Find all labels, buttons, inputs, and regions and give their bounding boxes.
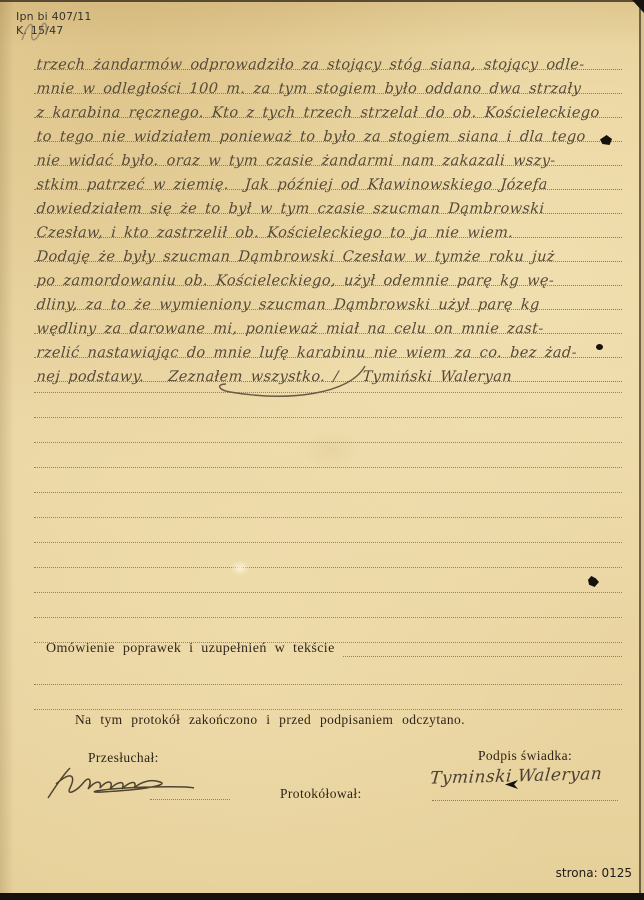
recorder-label: Protokółował: — [280, 786, 362, 802]
handwritten-line: po zamordowaniu ob. Kościeleckiego, użył… — [34, 262, 622, 286]
pencil-squiggle — [14, 16, 74, 48]
handwritten-line: mnie w odległości 100 m. za tym stogiem … — [34, 70, 622, 94]
witness-signature: Tyminski Waleryan — [429, 763, 631, 788]
blank-ruled-line — [34, 368, 622, 393]
handwritten-line: dliny, za to że wymieniony szucman Dąmbr… — [34, 286, 622, 310]
blank-ruled-line — [34, 593, 622, 618]
handwritten-line: Czesław, i kto zastrzelił ob. Kościeleck… — [34, 214, 622, 238]
corrections-row: Omówienie poprawek i uzupełnień w tekści… — [46, 640, 622, 657]
blank-ruled-line — [34, 685, 622, 710]
page-number: strona: 0125 — [556, 866, 632, 880]
blank-ruled-line — [34, 493, 622, 518]
handwritten-line: to tego nie widziałem ponieważ to było z… — [34, 118, 622, 142]
handwritten-line: dowiedziałem się że to był w tym czasie … — [34, 190, 622, 214]
handwritten-line: stkim patrzeć w ziemię. Jak później od K… — [34, 166, 622, 190]
handwritten-line: wędliny za darowane mi, ponieważ miał na… — [34, 310, 622, 334]
paper-top-shading — [0, 0, 644, 46]
blank-ruled-line — [34, 660, 622, 685]
blank-ruled-line — [34, 543, 622, 568]
corrections-fill-line — [343, 640, 622, 657]
scan-bottom-edge — [0, 893, 644, 900]
blank-ruled-lines — [34, 368, 622, 643]
paper-stain — [300, 430, 360, 470]
blank-ruled-line — [34, 518, 622, 543]
corrections-label: Omówienie poprawek i uzupełnień w tekści… — [46, 641, 343, 657]
blank-ruled-line — [34, 468, 622, 493]
handwritten-line: rzelić nastawiając do mnie lufę karabinu… — [34, 334, 622, 358]
blank-ruled-lines-after-corrections — [34, 660, 622, 710]
handwritten-line: nie widać było. oraz w tym czasie żandar… — [34, 142, 622, 166]
interrogator-signature — [42, 762, 232, 807]
scanned-protocol-page: Ipn bi 407/11 K. 15/47 trzech żandarmów … — [0, 0, 644, 900]
handwritten-line: z karabina ręcznego. Kto z tych trzech s… — [34, 94, 622, 118]
paper-left-shading — [0, 0, 14, 900]
scan-right-edge — [639, 0, 641, 900]
handwritten-line: Dodaję że były szucman Dąmbrowski Czesła… — [34, 238, 622, 262]
blank-ruled-line — [34, 568, 622, 593]
witness-signature-line — [432, 800, 618, 801]
ink-blot — [596, 344, 603, 350]
handwritten-line: trzech żandarmów odprowadziło za stojący… — [34, 46, 622, 70]
handwritten-text-block: trzech żandarmów odprowadziło za stojący… — [34, 46, 622, 382]
closing-statement: Na tym protokół zakończono i przed podpi… — [75, 712, 465, 728]
interrogator-signature-line — [150, 799, 230, 800]
paper-stain — [230, 560, 250, 576]
blank-ruled-line — [34, 393, 622, 418]
witness-signature-label: Podpis świadka: — [478, 748, 572, 764]
scan-top-edge — [0, 0, 644, 2]
